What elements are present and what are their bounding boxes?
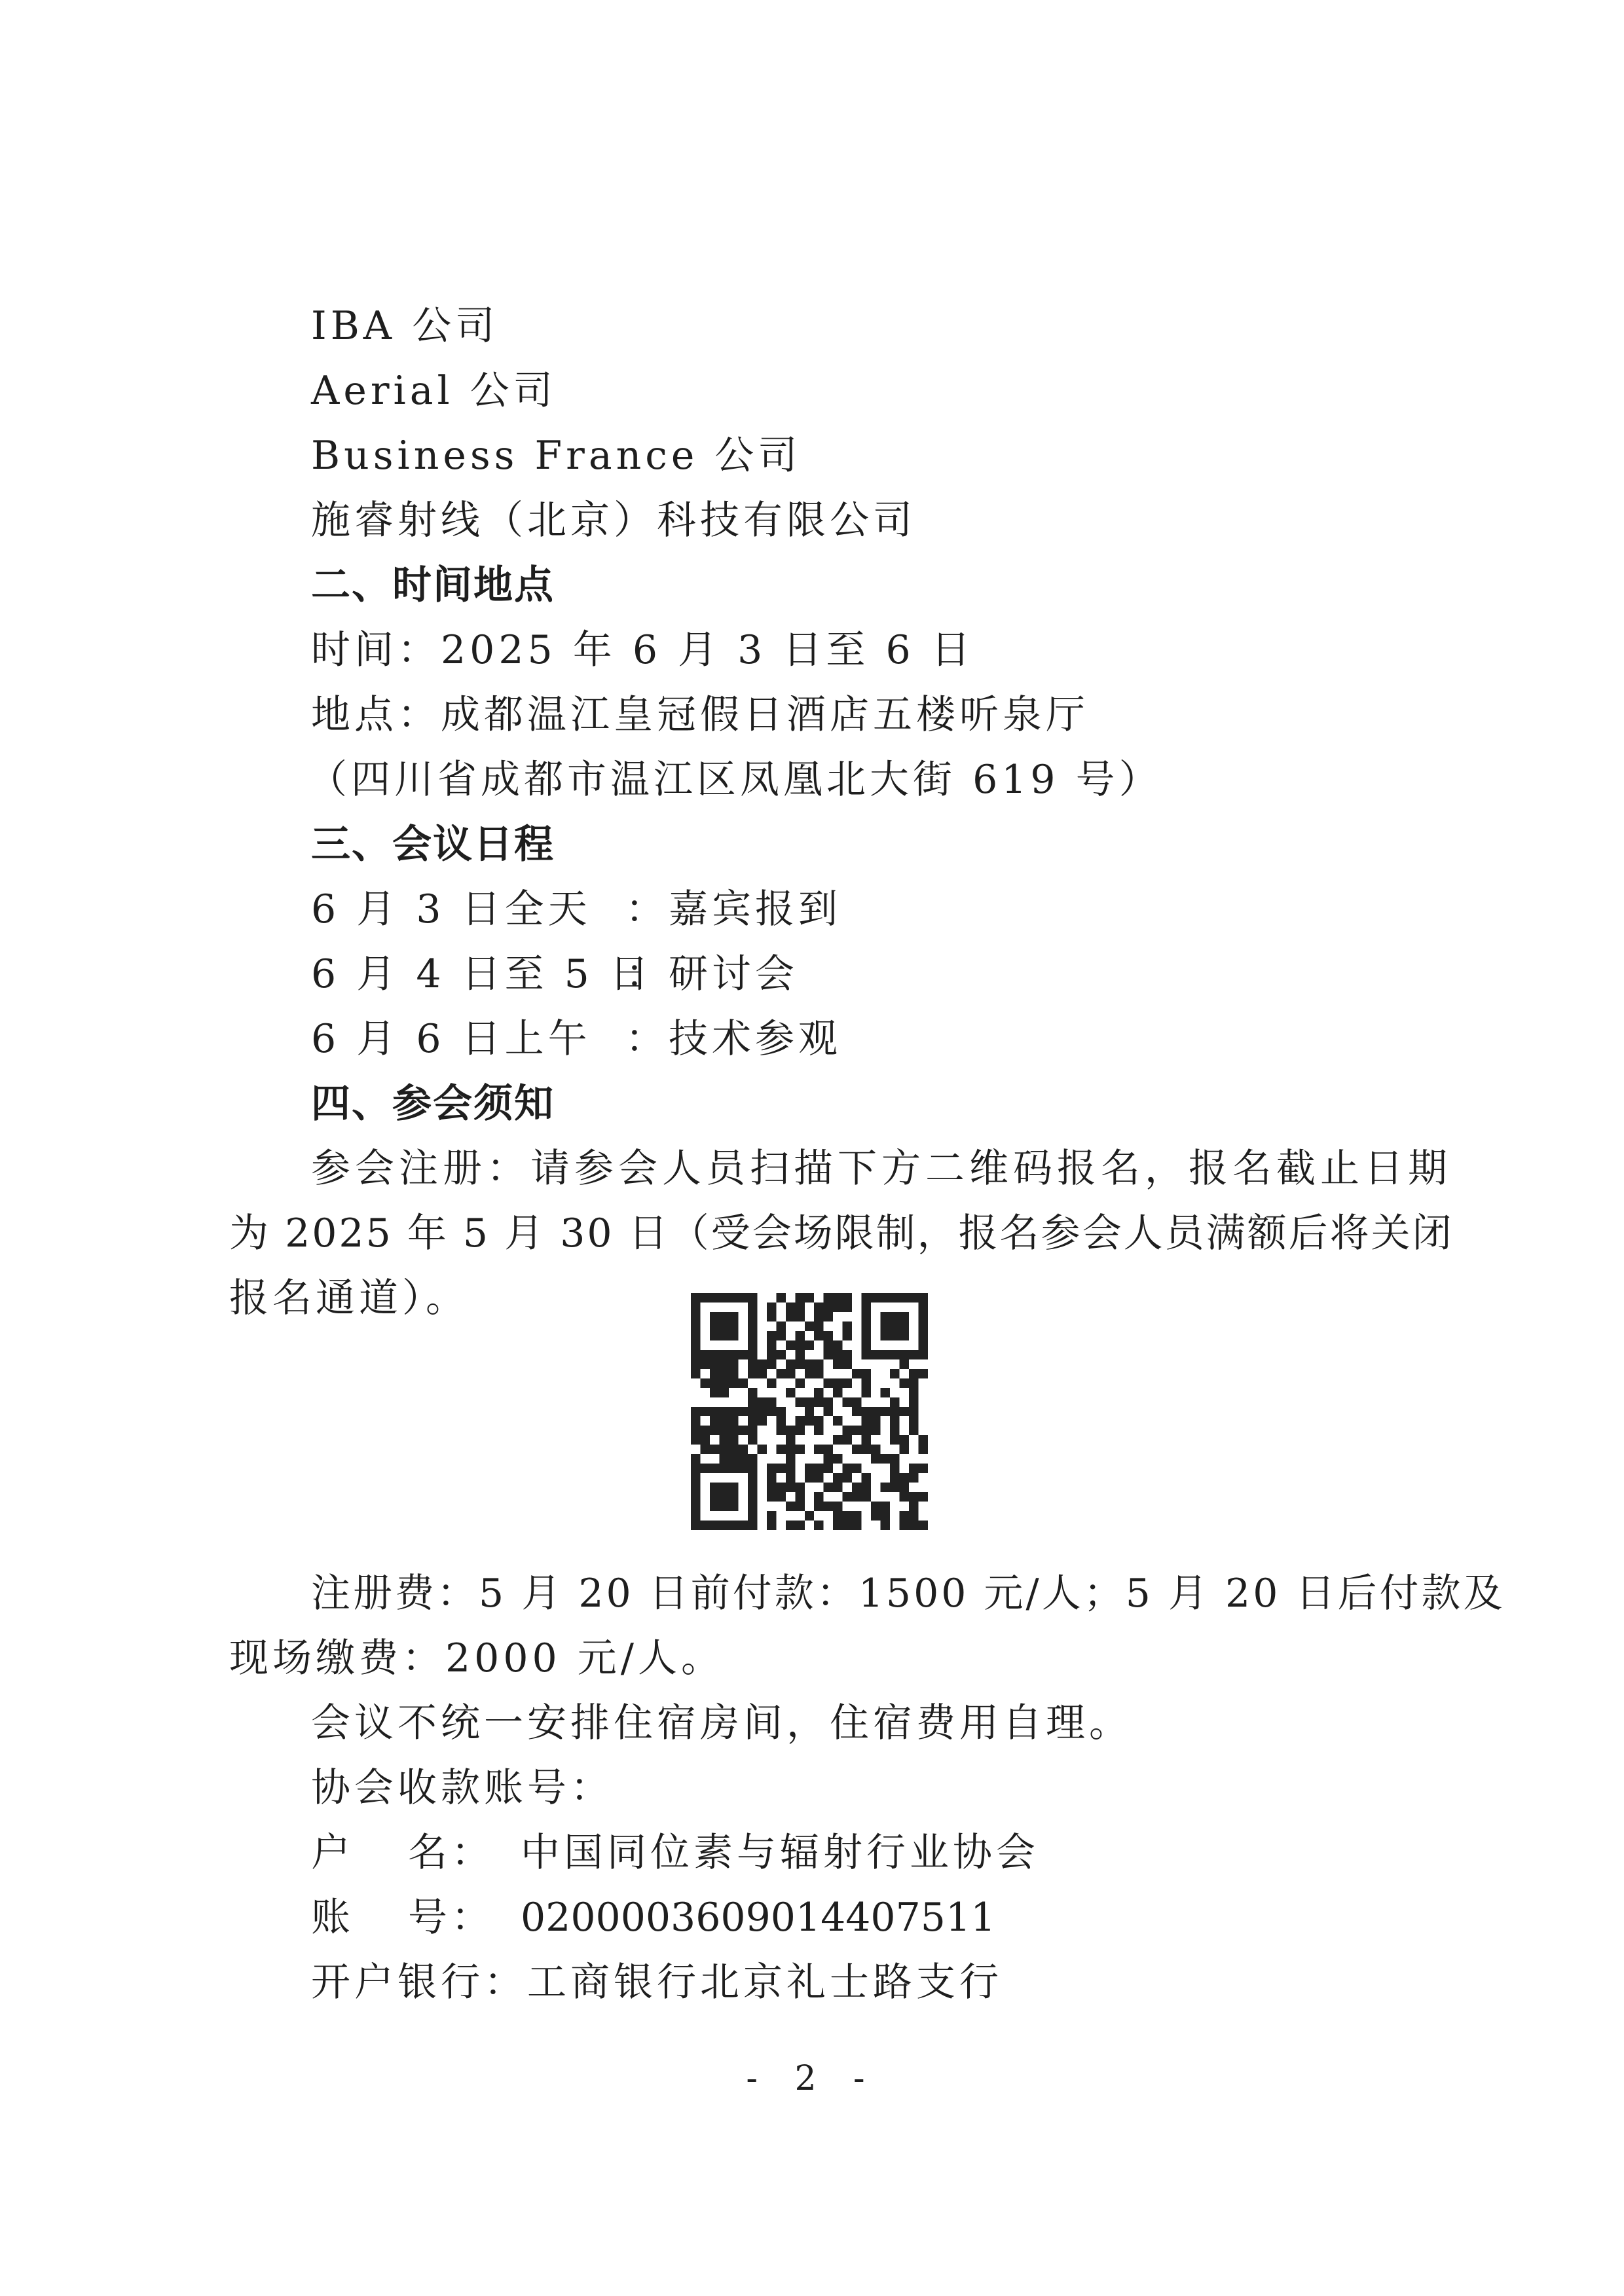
schedule-row: 6 月 4 日至 5 日：研讨会 [311, 951, 798, 998]
page-number: - 2 - [0, 2059, 1624, 2098]
schedule-event: 研讨会 [669, 951, 798, 997]
section-heading-schedule: 三、会议日程 [311, 821, 555, 868]
company-aerial: Aerial 公司 [311, 367, 557, 414]
schedule-separator: ： [625, 1016, 669, 1062]
account-name-value: 中国同位素与辐射行业协会 [521, 1830, 1039, 1876]
company-iba: IBA 公司 [311, 302, 498, 350]
qr-code-icon [691, 1293, 928, 1530]
bank-row: 开户银行：工商银行北京礼士路支行 [311, 1959, 1003, 2006]
schedule-row: 6 月 6 日上午：技术参观 [311, 1015, 841, 1063]
schedule-row: 6 月 3 日全天：嘉宾报到 [311, 886, 841, 933]
schedule-separator: ： [625, 886, 669, 932]
account-number-value: 0200003609014407511 [521, 1895, 995, 1941]
bank-value: 工商银行北京礼士路支行 [527, 1959, 1003, 2005]
schedule-event: 嘉宾报到 [669, 886, 841, 932]
account-name-label: 户名： [311, 1829, 521, 1876]
fee-text: 现场缴费：2000 元/人。 [229, 1635, 724, 1682]
registration-qr-code[interactable] [691, 1293, 928, 1530]
schedule-separator: ： [625, 951, 669, 997]
company-shirui: 施睿射线（北京）科技有限公司 [311, 497, 916, 544]
section-heading-time-venue: 二、时间地点 [311, 562, 555, 609]
schedule-date: 6 月 4 日至 5 日 [311, 951, 625, 998]
section-heading-notice: 四、参会须知 [311, 1080, 555, 1127]
meeting-venue: 地点：成都温江皇冠假日酒店五楼听泉厅 [311, 691, 1089, 738]
meeting-time: 时间：2025 年 6 月 3 日至 6 日 [311, 627, 974, 674]
schedule-event: 技术参观 [669, 1016, 841, 1062]
schedule-date: 6 月 3 日全天 [311, 886, 625, 933]
meeting-address: （四川省成都市温江区凤凰北大街 619 号） [308, 756, 1162, 803]
schedule-date: 6 月 6 日上午 [311, 1015, 625, 1063]
company-business-france: Business France 公司 [311, 432, 801, 479]
fee-text: 注册费：5 月 20 日前付款：1500 元/人；5 月 20 日后付款及 [311, 1570, 1505, 1617]
registration-text: 参会注册：请参会人员扫描下方二维码报名，报名截止日期 [311, 1145, 1452, 1192]
account-number-row: 账号：0200003609014407511 [311, 1894, 995, 1941]
registration-text: 为 2025 年 5 月 30 日（受会场限制，报名参会人员满额后将关闭 [229, 1210, 1454, 1257]
account-title: 协会收款账号： [311, 1764, 614, 1812]
account-number-label: 账号： [311, 1894, 521, 1941]
registration-text: 报名通道）。 [229, 1275, 469, 1322]
bank-label: 开户银行： [311, 1959, 527, 2005]
accommodation-text: 会议不统一安排住宿房间，住宿费用自理。 [311, 1700, 1132, 1747]
account-name-row: 户名：中国同位素与辐射行业协会 [311, 1829, 1039, 1876]
